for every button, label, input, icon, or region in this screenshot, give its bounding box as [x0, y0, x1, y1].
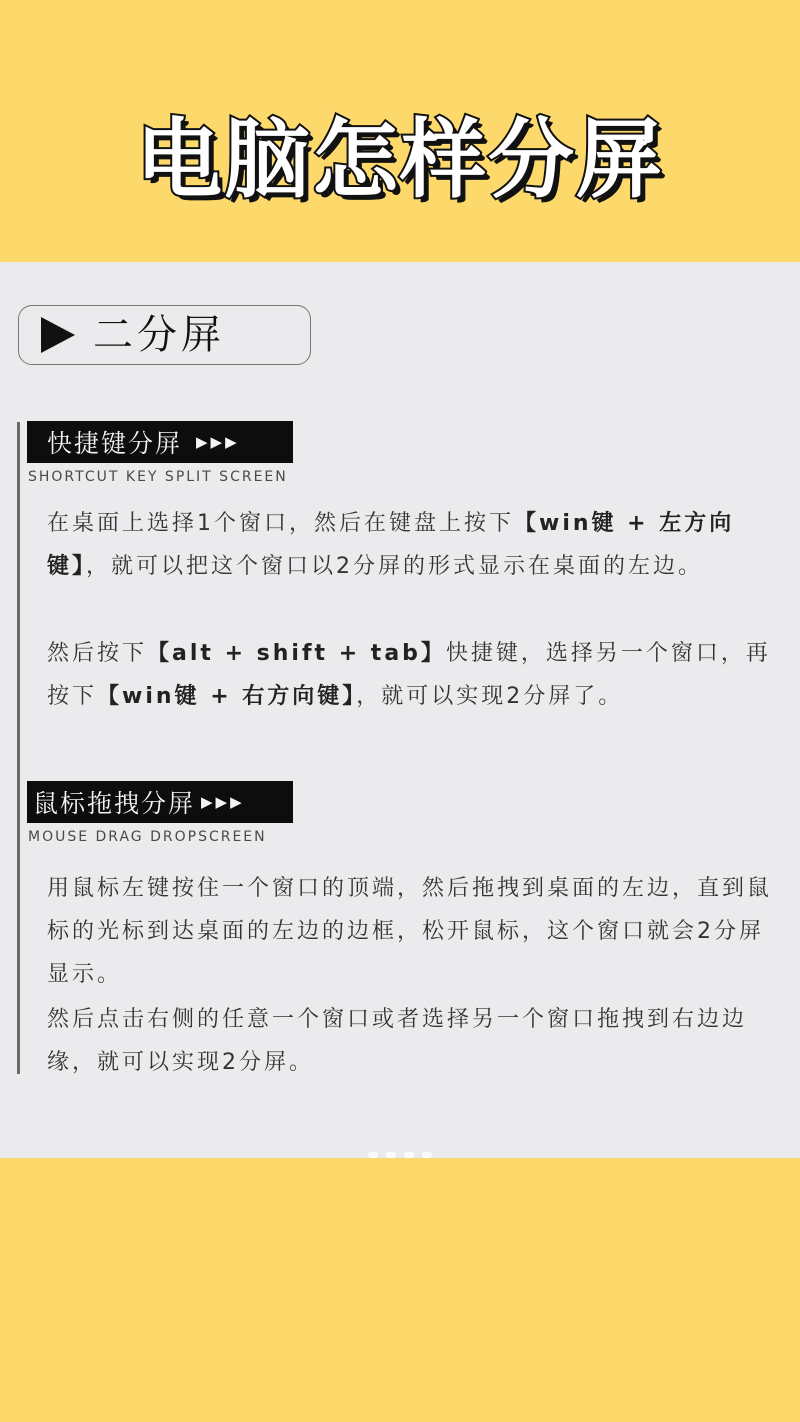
method-paragraph: 然后按下【alt + shift + tab】快捷键，选择另一个窗口，再按下【w…: [47, 632, 777, 718]
method-title: 快捷键分屏: [47, 424, 182, 460]
page-dot: [386, 1152, 396, 1158]
text-segment: ，就可以实现2分屏了。: [356, 684, 623, 709]
vertical-divider: [17, 422, 20, 1074]
page-indicator: [368, 1152, 432, 1158]
method-subtitle-en: SHORTCUT KEY SPLIT SCREEN: [28, 469, 288, 485]
method-paragraph: 在桌面上选择1个窗口，然后在键盘上按下【win键 + 左方向键】，就可以把这个窗…: [47, 502, 777, 588]
text-segment: 在桌面上选择1个窗口，然后在键盘上按下: [47, 511, 514, 536]
play-triangle-icon: [41, 317, 75, 353]
page-dot: [422, 1152, 432, 1158]
triple-arrow-icon: ▶▶▶: [196, 433, 240, 451]
method-paragraph: 然后点击右侧的任意一个窗口或者选择另一个窗口拖拽到右边边缘，就可以实现2分屏。: [47, 998, 777, 1084]
method-label-shortcut: 快捷键分屏 ▶▶▶: [27, 421, 293, 463]
key-combo: 【alt + shift + tab】: [147, 641, 446, 666]
key-combo: 【win键 + 右方向键】: [97, 684, 356, 709]
section-header: 二分屏: [18, 305, 311, 365]
triple-arrow-icon: ▶▶▶: [201, 793, 245, 811]
text-segment: ，就可以把这个窗口以2分屏的形式显示在桌面的左边。: [86, 554, 703, 579]
method-label-mouse-drag: 鼠标拖拽分屏 ▶▶▶: [27, 781, 293, 823]
method-subtitle-en: MOUSE DRAG DROPSCREEN: [28, 829, 267, 845]
method-title: 鼠标拖拽分屏: [33, 784, 195, 820]
page-title: 电脑怎样分屏: [0, 100, 800, 220]
method-paragraph: 用鼠标左键按住一个窗口的顶端，然后拖拽到桌面的左边，直到鼠标的光标到达桌面的左边…: [47, 867, 777, 996]
page-dot: [404, 1152, 414, 1158]
section-title: 二分屏: [93, 315, 225, 355]
bottom-banner: [0, 1158, 800, 1422]
page-dot: [368, 1152, 378, 1158]
text-segment: 然后按下: [47, 641, 147, 666]
